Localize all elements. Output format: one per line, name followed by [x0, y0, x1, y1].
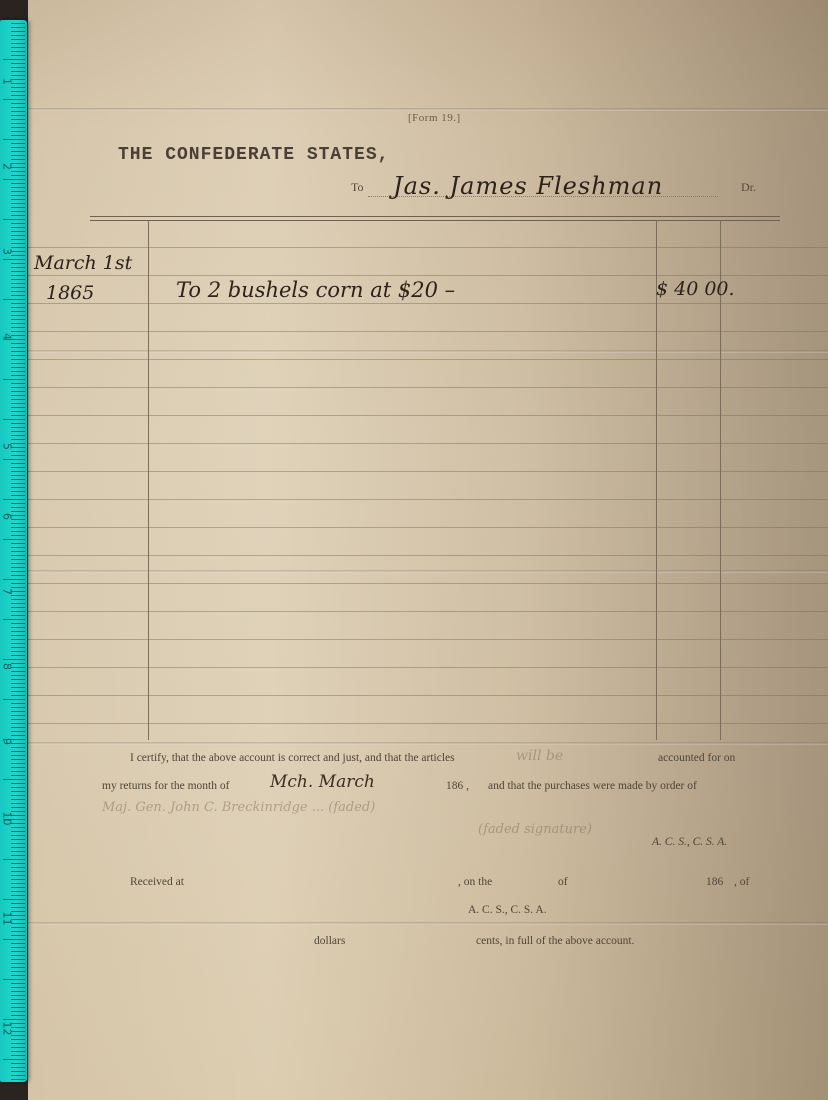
payee-name: Jas. James Fleshman [393, 172, 663, 200]
ruler-number: 2 [1, 162, 14, 172]
entry-date: March 1st 1865 [34, 248, 132, 308]
ruler-number: 4 [1, 332, 14, 342]
ruler-number: 11 [1, 912, 14, 922]
received-at-label: Received at [130, 876, 184, 888]
cert-text: I certify, that the above account is cor… [130, 752, 455, 764]
of-end-label: , of [734, 876, 749, 888]
form-number: [Form 19.] [408, 112, 461, 124]
cert-text: my returns for the month of [102, 780, 229, 792]
on-the-label: , on the [458, 876, 492, 888]
entry-date-day: March 1st [34, 248, 132, 278]
cert-handwritten-articles: will be [516, 748, 563, 764]
measuring-ruler: 1 2 3 4 5 6 7 8 9 10 11 12 [0, 20, 27, 1082]
entry-date-year: 1865 [34, 278, 132, 308]
ruler-number: 5 [1, 442, 14, 452]
date-column-divider [148, 220, 149, 740]
cert-year: 186 , [446, 780, 469, 792]
cents-label: cents, in full of the above account. [476, 935, 634, 947]
entry-amount: $ 40 00. [656, 278, 735, 300]
ruler-number: 6 [1, 512, 14, 522]
fold-crease [28, 108, 828, 111]
officer-title: A. C. S., C. S. A. [652, 836, 727, 848]
ruler-number: 7 [1, 587, 14, 597]
ruler-number: 12 [1, 1022, 14, 1032]
ruler-number: 1 [1, 77, 14, 87]
receipt-year: 186 [706, 876, 723, 888]
receipt-officer-title: A. C. S., C. S. A. [468, 904, 547, 916]
ruler-number: 9 [1, 737, 14, 747]
entry-description: To 2 bushels corn at $20 – [176, 278, 455, 302]
ruler-number: 3 [1, 247, 14, 257]
signature: (faded signature) [478, 822, 592, 837]
of-label: of [558, 876, 568, 888]
debtor-label: Dr. [741, 180, 756, 195]
ruler-number: 8 [1, 662, 14, 672]
cert-text: accounted for on [658, 752, 735, 764]
fold-crease [28, 922, 828, 925]
to-label: To [351, 180, 364, 195]
ruler-number: 10 [1, 812, 14, 822]
dollars-label: dollars [314, 935, 345, 947]
document-title: THE CONFEDERATE STATES, [118, 145, 389, 165]
cert-text: and that the purchases were made by orde… [488, 780, 697, 792]
cert-handwritten-order: Maj. Gen. John C. Breckinridge ... (fade… [102, 800, 375, 815]
cert-handwritten-month: Mch. March [270, 772, 375, 792]
fold-crease [28, 742, 828, 745]
document-page: [Form 19.] THE CONFEDERATE STATES, To Ja… [28, 0, 828, 1100]
